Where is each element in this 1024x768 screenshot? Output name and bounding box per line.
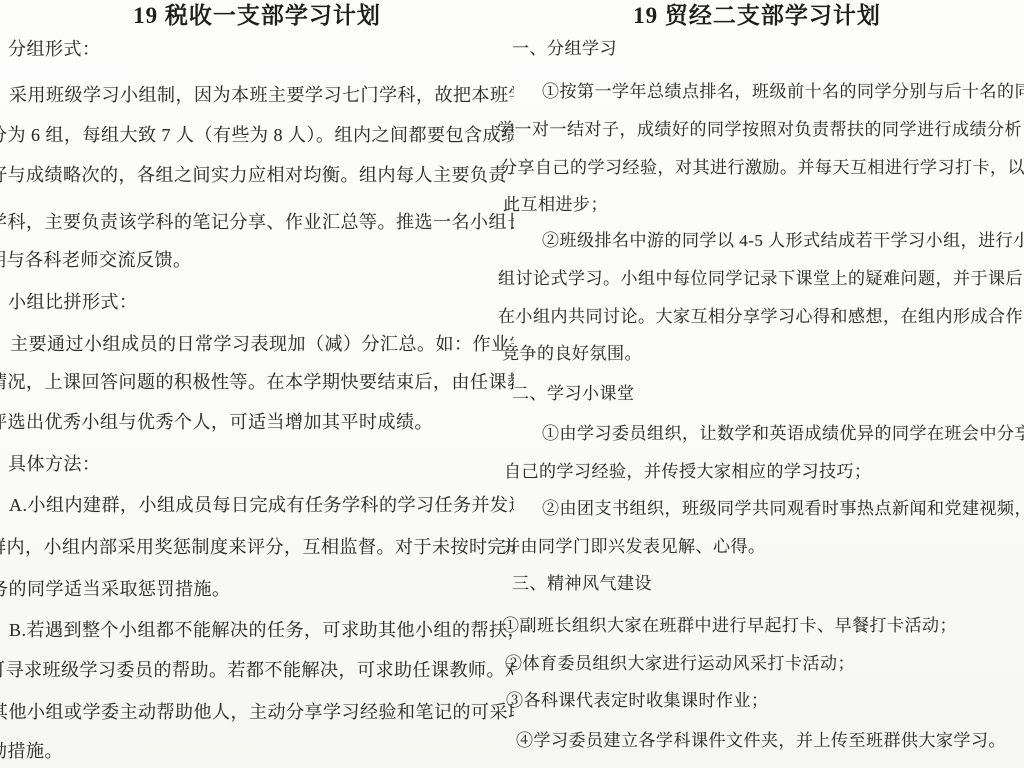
text-line: 学科，主要负责该学科的笔记分享、作业汇总等。推选一名小组长 [0,213,514,231]
text-line: 期与各科老师交流反馈。 [0,251,192,269]
text-line: B.若遇到整个小组都不能解决的任务，可求助其他小组的帮扶， [9,621,514,639]
text-line: ①按第一学年总绩点排名，班级前十名的同学分别与后十名的同 [542,83,1024,100]
text-line: 并由同学门即兴发表见解、心得。 [503,538,766,555]
text-line: ②班级排名中游的同学以 4-5 人形式结成若干学习小组，进行小 [542,232,1024,249]
text-line: 自己的学习经验，并传授大家相应的学习技巧； [504,463,872,480]
left-page-title: 19 税收一支部学习计划 [0,2,514,30]
text-line: 采用班级学习小组制，因为本班主要学习七门学科，故把本班学 [9,86,514,104]
text-line: 可寻求班级学习委员的帮助。若都不能解决，可求助任课教师。对 [0,661,514,679]
text-line: ④学习委员建立各学科课件文件夹，并上传至班群供大家学习。 [516,732,1006,749]
text-line: ③各科课代表定时收集课时作业； [506,692,769,709]
right-page-title: 19 贸经二支部学习计划 [490,2,1024,30]
text-line: ②由团支书组织，班级同学共同观看时事热点新闻和党建视频， [542,500,1024,517]
text-line: 组讨论式学习。小组中每位同学记录下课堂上的疑难问题，并于课后 [498,270,1023,287]
text-line: 小组比拼形式： [8,293,138,311]
text-line: 一、分组学习 [512,40,617,57]
text-line: 二、学习小课堂 [512,385,635,402]
text-line: 分组形式： [8,40,101,58]
text-line: 评选出优秀小组与优秀个人，可适当增加其平时成绩。 [0,413,433,431]
text-line: 主要通过小组成员的日常学习表现加（减）分汇总。如：作业完 [10,335,514,353]
text-line: ①副班长组织大家在班群中进行早起打卡、早餐打卡活动； [502,617,957,634]
text-line: 分为 6 组，每组大致 7 人（有些为 8 人）。组内之间都要包含成绩 [0,126,514,144]
text-line: 分享自己的学习经验，对其进行激励。并每天互相进行学习打卡，以 [500,159,1024,176]
text-line: 此互相进步； [503,196,608,213]
text-line: ①由学习委员组织，让数学和英语成绩优异的同学在班会中分享 [542,425,1024,442]
text-line: 具体方法： [8,455,101,473]
text-line: 务的同学适当采取惩罚措施。 [0,580,231,598]
text-line: A.小组内建群，小组成员每日完成有任务学科的学习任务并发送 [9,496,514,514]
text-line: 群内，小组内部采用奖惩制度来评分，互相监督。对于未按时完成 [0,538,514,556]
text-line: 三、精神风气建设 [512,575,652,592]
text-line: 学一对一结对子，成绩好的同学按照对负责帮扶的同学进行成绩分析 [497,121,1022,138]
text-line: 其他小组或学委主动帮助他人，主动分享学习经验和笔记的可采取 [0,703,514,721]
document-photo: 19 税收一支部学习计划 分组形式： 采用班级学习小组制，因为本班主要学习七门学… [0,0,1024,768]
text-line: 在小组内共同讨论。大家互相分享学习心得和感想，在组内形成合作 [498,308,1023,325]
text-line: 竞争的良好氛围。 [502,345,642,362]
text-line: ②体育委员组织大家进行运动风采打卡活动； [505,655,855,672]
text-line: 好与成绩略次的，各组之间实力应相对均衡。组内每人主要负责一 [0,166,514,184]
text-line: 励措施。 [0,742,63,760]
left-page: 19 税收一支部学习计划 分组形式： 采用班级学习小组制，因为本班主要学习七门学… [0,0,514,768]
text-line: 情况，上课回答问题的积极性等。在本学期快要结束后，由任课教 [0,373,514,391]
right-page: 19 贸经二支部学习计划 一、分组学习 ①按第一学年总绩点排名，班级前十名的同学… [490,0,1024,768]
